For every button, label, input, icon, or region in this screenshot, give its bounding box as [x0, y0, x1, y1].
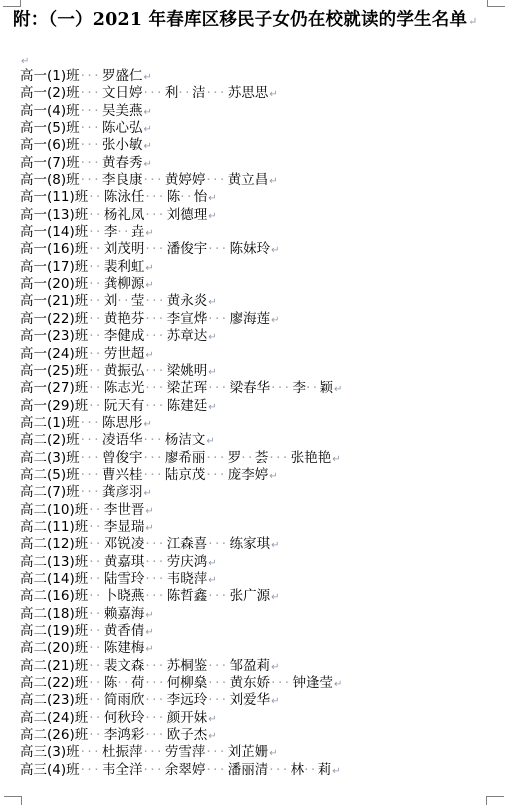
class-label: 高一(27)班: [20, 380, 88, 396]
student-name: 梁芷珲: [167, 380, 208, 396]
student-name: 黄春秀: [102, 155, 143, 171]
space-marks: ···: [81, 415, 101, 431]
student-name: 庞李婷: [228, 467, 269, 483]
student-name: 罗··荟: [228, 450, 269, 466]
space-mark: ·: [248, 450, 255, 466]
class-label: 高二(7)班: [20, 484, 80, 500]
class-label: 高一(11)班: [20, 189, 88, 205]
student-name: 刘芷姗: [228, 744, 269, 760]
roster-row: 高二(24)班··何秋玲···颜开妹↵: [20, 710, 342, 727]
space-marks: ···: [144, 172, 164, 188]
roster-row: 高二(13)班··黄嘉琪···劳庆鸿↵: [20, 554, 342, 571]
class-label: 高一(21)班: [20, 293, 88, 309]
class-label: 高一(6)班: [20, 137, 80, 153]
space-marks: ··: [89, 675, 103, 691]
paragraph-mark: ↵: [145, 610, 153, 621]
space-mark: ·: [124, 293, 131, 309]
student-name: 张艳艳: [291, 450, 332, 466]
space-marks: ···: [208, 536, 228, 552]
roster-row: 高二(11)班··李显瑞↵: [20, 519, 342, 536]
space-marks: ··: [89, 536, 103, 552]
class-label: 高三(3)班: [20, 744, 80, 760]
student-name: 黄香倩: [104, 623, 145, 639]
class-label: 高一(4)班: [20, 103, 80, 119]
paragraph-mark: ↵: [208, 714, 216, 725]
space-marks: ···: [144, 450, 164, 466]
space-marks: ···: [81, 137, 101, 153]
space-marks: ··: [89, 692, 103, 708]
paragraph-mark: ↵: [271, 696, 279, 707]
student-name: 吴美燕: [102, 103, 143, 119]
student-name: 余翠婷: [165, 762, 206, 778]
space-marks: ··: [89, 554, 103, 570]
paragraph-mark: ↵: [144, 141, 152, 152]
student-name: 阮天有: [104, 398, 145, 414]
class-label: 高二(19)班: [20, 623, 88, 639]
space-marks: ··: [89, 328, 103, 344]
paragraph-mark: ↵: [208, 731, 216, 742]
class-label: 高一(13)班: [20, 207, 88, 223]
page-title-text: 附：（一）2021 年春库区移民子女仍在校就读的学生名单: [13, 10, 467, 30]
student-name: 何秋玲: [104, 710, 145, 726]
space-marks: ···: [81, 172, 101, 188]
space-marks: ···: [206, 762, 226, 778]
paragraph-mark: ↵: [271, 662, 279, 673]
paragraph-mark: ↵: [208, 193, 216, 204]
space-mark: ·: [304, 762, 311, 778]
student-name: 刘爱华: [230, 692, 271, 708]
paragraph-mark: ↵: [208, 211, 216, 222]
space-marks: ··: [89, 571, 103, 587]
paragraph-mark: ↵: [208, 402, 216, 413]
roster-row: 高二(19)班··黄香倩↵: [20, 623, 342, 640]
paragraph-mark: ↵: [334, 679, 342, 690]
space-marks: ···: [145, 658, 165, 674]
roster-row: 高一(16)班··刘茂明···潘俊宇···陈妹玲↵: [20, 241, 342, 258]
space-mark: ·: [180, 189, 187, 205]
class-label: 高二(22)班: [20, 675, 88, 691]
student-name: 凌语华: [102, 432, 143, 448]
space-marks: ···: [81, 744, 101, 760]
class-label: 高三(4)班: [20, 762, 80, 778]
space-marks: ··: [89, 727, 103, 743]
space-marks: ··: [89, 640, 103, 656]
roster-row: 高二(1)班···陈思彤↵: [20, 415, 342, 432]
space-marks: ···: [145, 380, 165, 396]
class-label: 高二(14)班: [20, 571, 88, 587]
space-marks: ···: [81, 103, 101, 119]
student-name: 陈志光: [104, 380, 145, 396]
space-marks: ··: [89, 189, 103, 205]
space-marks: ···: [81, 68, 101, 84]
student-name: 林··莉: [291, 762, 332, 778]
student-name: 陈思彤: [102, 415, 143, 431]
student-name: 李良康: [102, 172, 143, 188]
student-name: 潘丽清: [228, 762, 269, 778]
paragraph-mark: ↵: [144, 124, 152, 135]
roster-row: 高二(22)班··陈··荷···何柳燊···黄东娇···钟逢莹↵: [20, 675, 342, 692]
roster-row: 高一(5)班···陈心弘↵: [20, 120, 342, 137]
space-marks: ···: [144, 467, 164, 483]
space-marks: ··: [89, 207, 103, 223]
roster-row: 高二(26)班··李鸿彩···欧子杰↵: [20, 727, 342, 744]
space-mark: ·: [185, 85, 192, 101]
paragraph-mark: ↵: [144, 419, 152, 430]
page-title: 附：（一）2021 年春库区移民子女仍在校就读的学生名单↵: [13, 6, 478, 31]
paragraph-mark: ↵: [269, 748, 277, 759]
paragraph-mark: ↵: [206, 436, 214, 447]
student-name: 刘··莹: [104, 293, 145, 309]
class-label: 高一(25)班: [20, 363, 88, 379]
student-name: 陈心弘: [102, 120, 143, 136]
paragraph-mark: ↵: [144, 107, 152, 118]
class-label: 高一(14)班: [20, 224, 88, 240]
student-name: 裴文森: [104, 658, 145, 674]
student-name: 练家琪: [230, 536, 271, 552]
student-name: 李远玲: [167, 692, 208, 708]
class-label: 高二(20)班: [20, 640, 88, 656]
text-boundary-mark-bottom-left: [4, 796, 22, 805]
class-label: 高二(12)班: [20, 536, 88, 552]
student-name: 刘德理: [167, 207, 208, 223]
paragraph-mark: ↵: [269, 176, 277, 187]
class-label: 高一(1)班: [20, 68, 80, 84]
space-marks: ···: [145, 241, 165, 257]
space-marks: ··: [89, 224, 103, 240]
student-name: 廖希丽: [165, 450, 206, 466]
space-marks: ··: [89, 623, 103, 639]
student-name: 黄婷婷: [165, 172, 206, 188]
space-marks: ···: [145, 710, 165, 726]
student-name: 劳世超: [104, 346, 145, 362]
class-label: 高一(22)班: [20, 311, 88, 327]
roster-row: 高二(23)班··简雨欣···李远玲···刘爱华↵: [20, 692, 342, 709]
student-name: 韦全洋: [102, 762, 143, 778]
space-mark: ·: [124, 675, 131, 691]
class-label: 高一(23)班: [20, 328, 88, 344]
space-marks: ··: [89, 380, 103, 396]
paragraph-mark: ↵: [271, 592, 279, 603]
class-label: 高一(24)班: [20, 346, 88, 362]
student-name: 简雨欣: [104, 692, 145, 708]
class-label: 高二(26)班: [20, 727, 88, 743]
class-label: 高一(16)班: [20, 241, 88, 257]
paragraph-mark: ↵: [208, 367, 216, 378]
space-marks: ···: [206, 450, 226, 466]
class-label: 高二(21)班: [20, 658, 88, 674]
space-marks: ···: [206, 744, 226, 760]
space-marks: ···: [81, 450, 101, 466]
roster-row: 高一(21)班··刘··莹···黄永炎↵: [20, 293, 342, 310]
class-label: 高一(7)班: [20, 155, 80, 171]
class-label: 高二(1)班: [20, 415, 80, 431]
roster-row: 高一(7)班···黄春秀↵: [20, 155, 342, 172]
space-marks: ··: [89, 502, 103, 518]
roster-row: 高一(4)班···吴美燕↵: [20, 103, 342, 120]
student-name: 劳庆鸿: [167, 554, 208, 570]
paragraph-mark: ↵: [144, 159, 152, 170]
space-mark: ·: [306, 380, 313, 396]
class-label: 高一(17)班: [20, 259, 88, 275]
student-name: 陈哲鑫: [167, 588, 208, 604]
class-label: 高一(8)班: [20, 172, 80, 188]
roster-row: 高一(17)班··裴利虹↵: [20, 259, 342, 276]
student-name: 江森喜: [167, 536, 208, 552]
student-name: 梁春华: [230, 380, 271, 396]
space-marks: ···: [145, 692, 165, 708]
class-label: 高一(29)班: [20, 398, 88, 414]
roster-row: 高一(20)班··龚柳源↵: [20, 276, 342, 293]
space-marks: ···: [208, 658, 228, 674]
paragraph-mark: ↵: [271, 315, 279, 326]
roster-row: 高二(3)班···曾俊宇···廖希丽···罗··荟···张艳艳↵: [20, 450, 342, 467]
space-marks: ···: [145, 398, 165, 414]
paragraph-mark: ↵: [332, 766, 340, 777]
student-name: 韦晓萍: [167, 571, 208, 587]
roster-row: 高二(21)班··裴文森···苏桐鉴···邹盈莉↵: [20, 658, 342, 675]
paragraph-mark: ↵: [269, 89, 277, 100]
paragraph-mark: ↵: [334, 384, 342, 395]
paragraph-mark: ↵: [145, 280, 153, 291]
space-marks: ···: [145, 536, 165, 552]
paragraph-mark: ↵: [468, 15, 477, 28]
roster-row: 高一(24)班··劳世超↵: [20, 346, 342, 363]
space-marks: ···: [145, 293, 165, 309]
space-marks: ···: [145, 311, 165, 327]
student-name: 曹兴桂: [102, 467, 143, 483]
space-marks: ···: [144, 432, 164, 448]
space-marks: ··: [89, 710, 103, 726]
roster-row: 高一(2)班···文日婷···利··洁···苏思思↵: [20, 85, 342, 102]
student-name: 黄永炎: [167, 293, 208, 309]
student-name: 刘茂明: [104, 241, 145, 257]
roster-row: 高一(6)班···张小敏↵: [20, 137, 342, 154]
space-marks: ···: [81, 484, 101, 500]
paragraph-mark: ↵: [21, 56, 29, 67]
paragraph-mark: ↵: [269, 471, 277, 482]
paragraph-mark: ↵: [271, 245, 279, 256]
paragraph-mark: ↵: [208, 297, 216, 308]
class-label: 高二(3)班: [20, 450, 80, 466]
roster-row: 高一(25)班··黄振弘···梁姚明↵: [20, 363, 342, 380]
roster-row: 高一(14)班··李··垚↵: [20, 224, 342, 241]
text-boundary-mark-bottom-right: [486, 796, 504, 805]
space-marks: ···: [269, 450, 289, 466]
roster-row: 高二(20)班··陈建梅↵: [20, 640, 342, 657]
class-label: 高二(10)班: [20, 502, 88, 518]
space-marks: ···: [145, 588, 165, 604]
paragraph-mark: ↵: [145, 350, 153, 361]
student-name: 廖海莲: [230, 311, 271, 327]
space-marks: ··: [89, 346, 103, 362]
student-name: 杜振萍: [102, 744, 143, 760]
student-name: 卜晓燕: [104, 588, 145, 604]
student-roster: 高一(1)班···罗盛仁↵高一(2)班···文日婷···利··洁···苏思思↵高…: [20, 68, 342, 779]
document-page: 附：（一）2021 年春库区移民子女仍在校就读的学生名单↵ ↵ 高一(1)班··…: [0, 0, 507, 805]
student-name: 文日婷: [102, 85, 143, 101]
student-name: 劳雪萍: [165, 744, 206, 760]
space-marks: ···: [145, 189, 165, 205]
space-marks: ··: [89, 398, 103, 414]
space-marks: ··: [89, 588, 103, 604]
class-label: 高一(5)班: [20, 120, 80, 136]
space-marks: ···: [206, 172, 226, 188]
paragraph-mark: ↵: [145, 644, 153, 655]
paragraph-mark: ↵: [145, 627, 153, 638]
roster-row: 高一(22)班··黄艳芬···李宣烨···廖海莲↵: [20, 311, 342, 328]
roster-row: 高一(27)班··陈志光···梁芷珲···梁春华···李··颖↵: [20, 380, 342, 397]
student-name: 李··垚: [104, 224, 145, 240]
student-name: 何柳燊: [167, 675, 208, 691]
student-name: 钟逢莹: [293, 675, 334, 691]
space-marks: ···: [81, 85, 101, 101]
student-name: 陈建梅: [104, 640, 145, 656]
space-marks: ···: [145, 571, 165, 587]
space-marks: ···: [145, 363, 165, 379]
roster-row: 高二(7)班···龚彦羽↵: [20, 484, 342, 501]
space-marks: ···: [144, 762, 164, 778]
roster-row: 高三(3)班···杜振萍···劳雪萍···刘芷姗↵: [20, 744, 342, 761]
student-name: 李世晋: [104, 502, 145, 518]
space-marks: ···: [81, 432, 101, 448]
paragraph-mark: ↵: [208, 332, 216, 343]
student-name: 潘俊宇: [167, 241, 208, 257]
paragraph-mark: ↵: [145, 506, 153, 517]
student-name: 苏章达: [167, 328, 208, 344]
student-name: 赖嘉海: [104, 606, 145, 622]
student-name: 陈建廷: [167, 398, 208, 414]
student-name: 李宣烨: [167, 311, 208, 327]
student-name: 苏思思: [228, 85, 269, 101]
space-marks: ···: [144, 85, 164, 101]
space-marks: ···: [81, 467, 101, 483]
class-label: 高一(20)班: [20, 276, 88, 292]
space-marks: ··: [89, 658, 103, 674]
space-marks: ···: [145, 727, 165, 743]
space-mark: ·: [311, 762, 318, 778]
space-marks: ··: [89, 606, 103, 622]
student-name: 黄振弘: [104, 363, 145, 379]
student-name: 李··颖: [292, 380, 333, 396]
student-name: 黄嘉琪: [104, 554, 145, 570]
student-name: 陆雪玲: [104, 571, 145, 587]
class-label: 高二(2)班: [20, 432, 80, 448]
student-name: 罗盛仁: [102, 68, 143, 84]
student-name: 邓锐凌: [104, 536, 145, 552]
class-label: 高二(18)班: [20, 606, 88, 622]
space-marks: ···: [208, 380, 228, 396]
space-marks: ··: [89, 519, 103, 535]
student-name: 梁姚明: [167, 363, 208, 379]
student-name: 陈··怡: [167, 189, 208, 205]
student-name: 颜开妹: [167, 710, 208, 726]
paragraph-mark: ↵: [208, 558, 216, 569]
student-name: 龚彦羽: [102, 484, 143, 500]
roster-row: 高二(14)班··陆雪玲···韦晓萍↵: [20, 571, 342, 588]
roster-row: 高二(2)班···凌语华···杨洁文↵: [20, 432, 342, 449]
class-label: 高二(13)班: [20, 554, 88, 570]
space-marks: ··: [89, 241, 103, 257]
student-name: 李健成: [104, 328, 145, 344]
student-name: 张广源: [230, 588, 271, 604]
roster-row: 高二(5)班···曹兴桂···陆京茂···庞李婷↵: [20, 467, 342, 484]
space-marks: ···: [145, 207, 165, 223]
student-name: 陆京茂: [165, 467, 206, 483]
space-marks: ··: [89, 276, 103, 292]
space-marks: ···: [269, 762, 289, 778]
space-marks: ···: [144, 744, 164, 760]
roster-row: 高二(16)班··卜晓燕···陈哲鑫···张广源↵: [20, 588, 342, 605]
paragraph-mark: ↵: [271, 540, 279, 551]
space-marks: ···: [208, 692, 228, 708]
student-name: 裴利虹: [104, 259, 145, 275]
space-marks: ··: [89, 293, 103, 309]
student-name: 陈··荷: [104, 675, 145, 691]
student-name: 张小敏: [102, 137, 143, 153]
space-marks: ···: [208, 311, 228, 327]
roster-row: 高三(4)班···韦全洋···余翠婷···潘丽清···林··莉↵: [20, 762, 342, 779]
roster-row: 高一(8)班···李良康···黄婷婷···黄立昌↵: [20, 172, 342, 189]
paragraph-mark: ↵: [144, 72, 152, 83]
paragraph-mark: ↵: [145, 523, 153, 534]
class-label: 高二(23)班: [20, 692, 88, 708]
student-name: 曾俊宇: [102, 450, 143, 466]
student-name: 杨礼凤: [104, 207, 145, 223]
roster-row: 高二(10)班··李世晋↵: [20, 502, 342, 519]
paragraph-mark: ↵: [145, 263, 153, 274]
empty-paragraph: ↵: [20, 49, 29, 68]
paragraph-mark: ↵: [144, 488, 152, 499]
student-name: 龚柳源: [104, 276, 145, 292]
student-name: 黄东娇: [230, 675, 271, 691]
space-marks: ···: [206, 467, 226, 483]
space-marks: ···: [81, 762, 101, 778]
student-name: 苏桐鉴: [167, 658, 208, 674]
class-label: 高二(24)班: [20, 710, 88, 726]
text-boundary-mark-top-right: [487, 0, 505, 7]
space-mark: ·: [313, 380, 320, 396]
space-marks: ···: [271, 380, 291, 396]
space-marks: ··: [89, 363, 103, 379]
space-marks: ···: [81, 155, 101, 171]
student-name: 李显瑞: [104, 519, 145, 535]
space-marks: ··: [89, 311, 103, 327]
space-marks: ···: [145, 328, 165, 344]
paragraph-mark: ↵: [145, 228, 153, 239]
roster-row: 高二(12)班··邓锐凌···江森喜···练家琪↵: [20, 536, 342, 553]
student-name: 黄艳芬: [104, 311, 145, 327]
student-name: 杨洁文: [165, 432, 206, 448]
class-label: 高二(16)班: [20, 588, 88, 604]
space-marks: ···: [271, 675, 291, 691]
class-label: 高二(11)班: [20, 519, 88, 535]
student-name: 欧子杰: [167, 727, 208, 743]
space-mark: ·: [124, 224, 131, 240]
roster-row: 高一(1)班···罗盛仁↵: [20, 68, 342, 85]
student-name: 邹盈莉: [230, 658, 271, 674]
paragraph-mark: ↵: [332, 454, 340, 465]
space-marks: ···: [208, 675, 228, 691]
student-name: 陈妹玲: [230, 241, 271, 257]
class-label: 高一(2)班: [20, 85, 80, 101]
space-marks: ···: [81, 120, 101, 136]
paragraph-mark: ↵: [208, 575, 216, 586]
space-marks: ···: [208, 588, 228, 604]
roster-row: 高二(18)班··赖嘉海↵: [20, 606, 342, 623]
space-marks: ···: [145, 675, 165, 691]
student-name: 黄立昌: [228, 172, 269, 188]
student-name: 陈泳任: [104, 189, 145, 205]
